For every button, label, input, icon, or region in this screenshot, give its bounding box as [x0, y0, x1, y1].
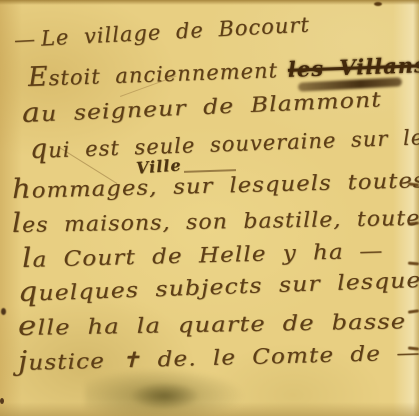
- manuscript-line-1: —Le village de Bocourt: [13, 13, 310, 52]
- line-text: quelques subjects sur lesquels: [18, 267, 419, 306]
- line-text: Le village de Bocourt: [40, 13, 310, 51]
- line-text: qui est seule souveraine sur les: [30, 125, 419, 163]
- manuscript-line-10: justice ✝ de. le Comte de—: [18, 335, 419, 377]
- ink-speck: [374, 2, 382, 6]
- paper-stain: [130, 382, 200, 410]
- ink-speck: [1, 308, 6, 315]
- line-text: les maisons, son bastille, toutes: [12, 206, 419, 237]
- line-text: Estoit anciennement: [28, 58, 279, 91]
- lead-dash: —: [13, 27, 33, 52]
- line-text: elle ha la quarte de basse: [18, 309, 407, 340]
- manuscript-line-4: qui est seule souveraine sur les: [29, 120, 419, 165]
- page-edge-tick: [408, 309, 419, 314]
- line-text: au seigneur de Blammont: [22, 87, 383, 127]
- ink-speck: [0, 398, 4, 404]
- trail-dash: —: [359, 239, 384, 264]
- line-text: hommages, sur lesquels toutes: [12, 168, 419, 203]
- line-text: justice ✝ de. le Comte de: [18, 342, 382, 375]
- manuscript-page: —Le village de Bocourt Estoit ancienneme…: [0, 0, 419, 416]
- manuscript-line-5: hommages, sur lesquels toutes: [12, 163, 419, 205]
- trail-dash: —: [396, 340, 419, 365]
